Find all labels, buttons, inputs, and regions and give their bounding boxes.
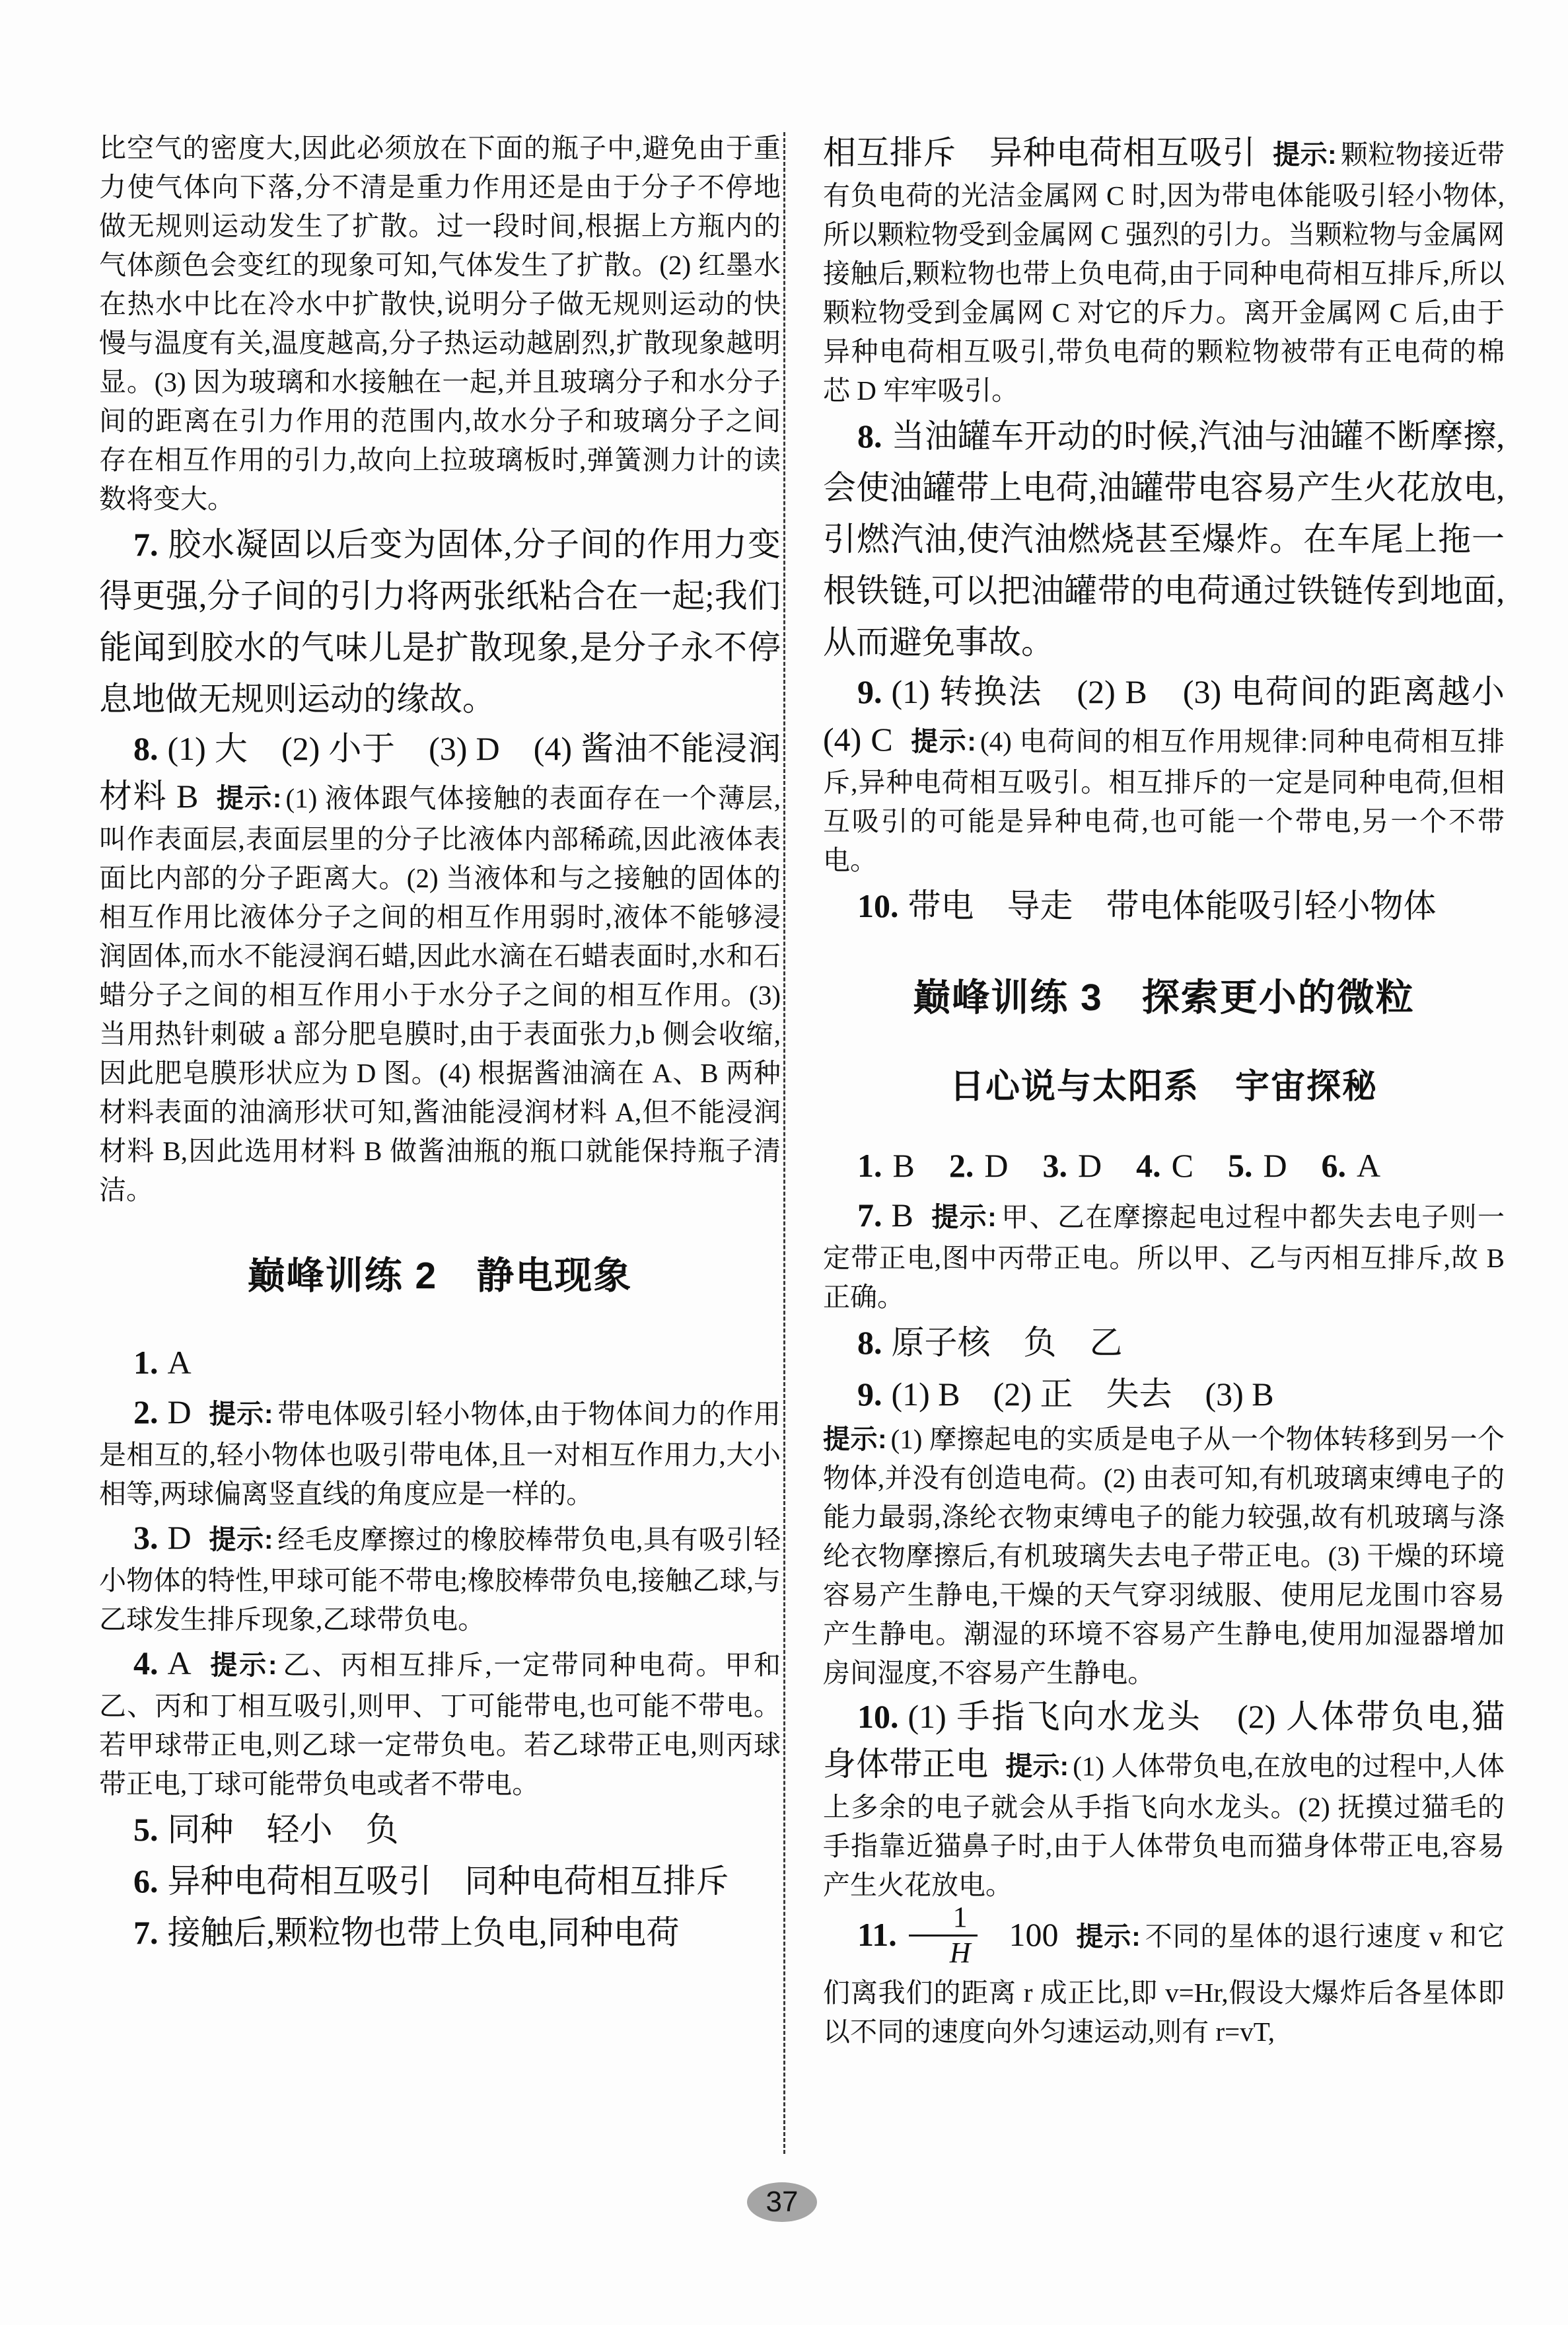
- question-number: 6.: [133, 1863, 159, 1900]
- answer-s2-2: 2.D提示:带电体吸引轻小物体,由于物体间力的作用是相互的,轻小物体也吸引带电体…: [99, 1388, 781, 1514]
- answer-text: B: [892, 1197, 913, 1234]
- page-number-badge: 37: [747, 2182, 817, 2222]
- hint-text: 带电体吸引轻小物体,由于物体间力的作用是相互的,轻小物体也吸引带电体,且一对相互…: [99, 1399, 781, 1509]
- answer-text: 接触后,颗粒物也带上负电,同种电荷: [168, 1914, 680, 1951]
- answer-s3-7: 7.B提示:甲、乙在摩擦起电过程中都失去电子则一定带正电,图中丙带正电。所以甲、…: [823, 1191, 1505, 1317]
- right-column: 相互排斥 异种电荷相互吸引提示:颗粒物接近带有负电荷的光洁金属网 C 时,因为带…: [823, 129, 1505, 2051]
- question-number: 4.: [133, 1644, 159, 1681]
- answer-7: 7.胶水凝固以后变为固体,分子间的作用力变得更强,分子间的引力将两张纸粘合在一起…: [99, 519, 781, 725]
- mcq-pair: 2.D: [949, 1147, 1009, 1184]
- hint-label: 提示:: [209, 1399, 273, 1429]
- question-number: 11.: [857, 1916, 897, 1953]
- mcq-pair: 1.B: [857, 1147, 915, 1184]
- answer-text: A: [168, 1344, 192, 1381]
- answer-text: 当油罐车开动的时候,汽油与油罐不断摩擦,会使油罐带上电荷,油罐带电容易产生火花放…: [823, 418, 1505, 661]
- answer-letter: D: [1078, 1147, 1102, 1184]
- question-number: 8.: [857, 418, 882, 455]
- answer-s2-9: 9.(1) 转换法 (2) B (3) 电荷间的距离越小 (4) C提示:(4)…: [823, 668, 1505, 880]
- answer-s2-3: 3.D提示:经毛皮摩擦过的橡胶棒带负电,具有吸引轻小物体的特性,甲球可能不带电;…: [99, 1514, 781, 1639]
- answer-s2-4: 4.A提示:乙、丙相互排斥,一定带同种电荷。甲和乙、丙和丁相互吸引,则甲、丁可能…: [99, 1639, 781, 1804]
- section-title-training-3: 巅峰训练 3 探索更小的微粒: [823, 967, 1505, 1021]
- question-number: 7.: [133, 1914, 159, 1951]
- hint-text: 甲、乙在摩擦起电过程中都失去电子则一定带正电,图中丙带正电。所以甲、乙与丙相互排…: [823, 1202, 1505, 1312]
- hint-label: 提示:: [910, 726, 976, 757]
- answer-text: (1) B (2) 正 失去 (3) B: [892, 1376, 1274, 1413]
- hint-text: 经毛皮摩擦过的橡胶棒带负电,具有吸引轻小物体的特性,甲球可能不带电;橡胶棒带负电…: [99, 1524, 781, 1635]
- question-number: 3.: [133, 1519, 159, 1556]
- section-subtitle-solar-system: 日心说与太阳系 宇宙探秘: [823, 1058, 1505, 1108]
- answer-text: A: [168, 1644, 192, 1681]
- hint-text: (1) 摩擦起电的实质是电子从一个物体转移到另一个物体,并没有创造电荷。(2) …: [823, 1424, 1505, 1688]
- hint-text: 颗粒物接近带有负电荷的光洁金属网 C 时,因为带电体能吸引轻小物体,所以颗粒物受…: [823, 139, 1505, 406]
- multiple-choice-answers: 1.B2.D3.D4.C5.D6.A: [823, 1140, 1505, 1191]
- continued-hint-paragraph: 比空气的密度大,因此必须放在下面的瓶子中,避免由于重力使气体向下落,分不清是重力…: [99, 129, 781, 519]
- question-number: 2.: [949, 1147, 974, 1184]
- question-number: 10.: [857, 887, 899, 924]
- left-column: 比空气的密度大,因此必须放在下面的瓶子中,避免由于重力使气体向下落,分不清是重力…: [99, 129, 781, 1958]
- answer-text: 带电 导走 带电体能吸引轻小物体: [908, 887, 1437, 924]
- question-number: 9.: [857, 673, 882, 710]
- page-number: 37: [766, 2186, 799, 2219]
- answer-text: 胶水凝固以后变为固体,分子间的作用力变得更强,分子间的引力将两张纸粘合在一起;我…: [99, 526, 781, 718]
- question-number: 8.: [133, 730, 159, 767]
- question-number: 7.: [857, 1197, 882, 1234]
- mcq-pair: 3.D: [1042, 1147, 1102, 1184]
- answer-s3-11: 11.1H100提示:不同的星体的退行速度 v 和它们离我们的距离 r 成正比,…: [823, 1905, 1505, 2051]
- hint-text: (1) 液体跟气体接触的表面存在一个薄层,叫作表面层,表面层里的分子比液体内部稀…: [99, 783, 781, 1205]
- question-number: 5.: [133, 1811, 159, 1848]
- mcq-pair: 4.C: [1136, 1147, 1194, 1184]
- hint-label: 提示:: [209, 1524, 273, 1555]
- answer-letter: C: [1172, 1147, 1194, 1184]
- question-number: 4.: [1136, 1147, 1161, 1184]
- answer-s3-10: 10.(1) 手指飞向水龙头 (2) 人体带负电,猫身体带正电提示:(1) 人体…: [823, 1693, 1505, 1905]
- hint-label: 提示:: [931, 1202, 997, 1232]
- question-number: 9.: [857, 1376, 882, 1413]
- answer-s2-5: 5.同种 轻小 负: [99, 1804, 781, 1855]
- answer-letter: D: [984, 1147, 1008, 1184]
- answer-text: 相互排斥 异种电荷相互吸引: [823, 134, 1256, 171]
- hint-label: 提示:: [209, 1650, 277, 1680]
- answer-s2-7-continued: 相互排斥 异种电荷相互吸引提示:颗粒物接近带有负电荷的光洁金属网 C 时,因为带…: [823, 129, 1505, 410]
- answer-s2-6: 6.异种电荷相互吸引 同种电荷相互排斥: [99, 1855, 781, 1907]
- hint-label: 提示:: [215, 783, 281, 813]
- mcq-pair: 5.D: [1228, 1147, 1287, 1184]
- answer-text: 100: [1009, 1916, 1059, 1953]
- answer-s2-1: 1.A: [99, 1337, 781, 1388]
- answer-text: D: [168, 1519, 192, 1556]
- fraction-numerator: 1: [909, 1901, 978, 1935]
- question-number: 8.: [857, 1324, 882, 1361]
- hint-label: 提示:: [1005, 1751, 1069, 1781]
- hint-label: 提示:: [1273, 139, 1336, 170]
- mcq-pair: 6.A: [1322, 1147, 1381, 1184]
- answer-letter: A: [1357, 1147, 1380, 1184]
- answer-s2-8: 8.当油罐车开动的时候,汽油与油罐不断摩擦,会使油罐带上电荷,油罐带电容易产生火…: [823, 410, 1505, 668]
- answer-text: 同种 轻小 负: [168, 1811, 399, 1848]
- question-number: 6.: [1322, 1147, 1347, 1184]
- section-title-training-2: 巅峰训练 2 静电现象: [99, 1245, 781, 1300]
- hint-text: 比空气的密度大,因此必须放在下面的瓶子中,避免由于重力使气体向下落,分不清是重力…: [99, 133, 781, 514]
- question-number: 1.: [857, 1147, 882, 1184]
- answer-text: D: [168, 1393, 192, 1430]
- question-number: 7.: [133, 526, 159, 563]
- hint-label: 提示:: [1076, 1921, 1141, 1952]
- answer-letter: D: [1263, 1147, 1287, 1184]
- answer-s3-8: 8.原子核 负 乙: [823, 1317, 1505, 1368]
- question-number: 10.: [857, 1698, 899, 1735]
- fraction-answer: 1H: [909, 1901, 978, 1970]
- answer-s3-9: 9.(1) B (2) 正 失去 (3) B: [823, 1368, 1505, 1420]
- column-divider: [783, 132, 785, 2154]
- question-number: 5.: [1228, 1147, 1253, 1184]
- fraction-denominator: H: [909, 1935, 978, 1970]
- question-number: 2.: [133, 1393, 159, 1430]
- answer-s2-10: 10.带电 导走 带电体能吸引轻小物体: [823, 880, 1505, 932]
- hint-label: 提示:: [823, 1424, 887, 1454]
- hint-s3-9: 提示:(1) 摩擦起电的实质是电子从一个物体转移到另一个物体,并没有创造电荷。(…: [823, 1420, 1505, 1693]
- answer-s2-7: 7.接触后,颗粒物也带上负电,同种电荷: [99, 1907, 781, 1958]
- question-number: 1.: [133, 1344, 159, 1381]
- question-number: 3.: [1042, 1147, 1067, 1184]
- answer-8: 8.(1) 大 (2) 小于 (3) D (4) 酱油不能浸润材料 B提示:(1…: [99, 725, 781, 1210]
- hint-text: 乙、丙相互排斥,一定带同种电荷。甲和乙、丙和丁相互吸引,则甲、丁可能带电,也可能…: [99, 1650, 781, 1799]
- answer-letter: B: [893, 1147, 915, 1184]
- answer-text: 异种电荷相互吸引 同种电荷相互排斥: [168, 1863, 729, 1900]
- answer-text: 原子核 负 乙: [892, 1324, 1123, 1361]
